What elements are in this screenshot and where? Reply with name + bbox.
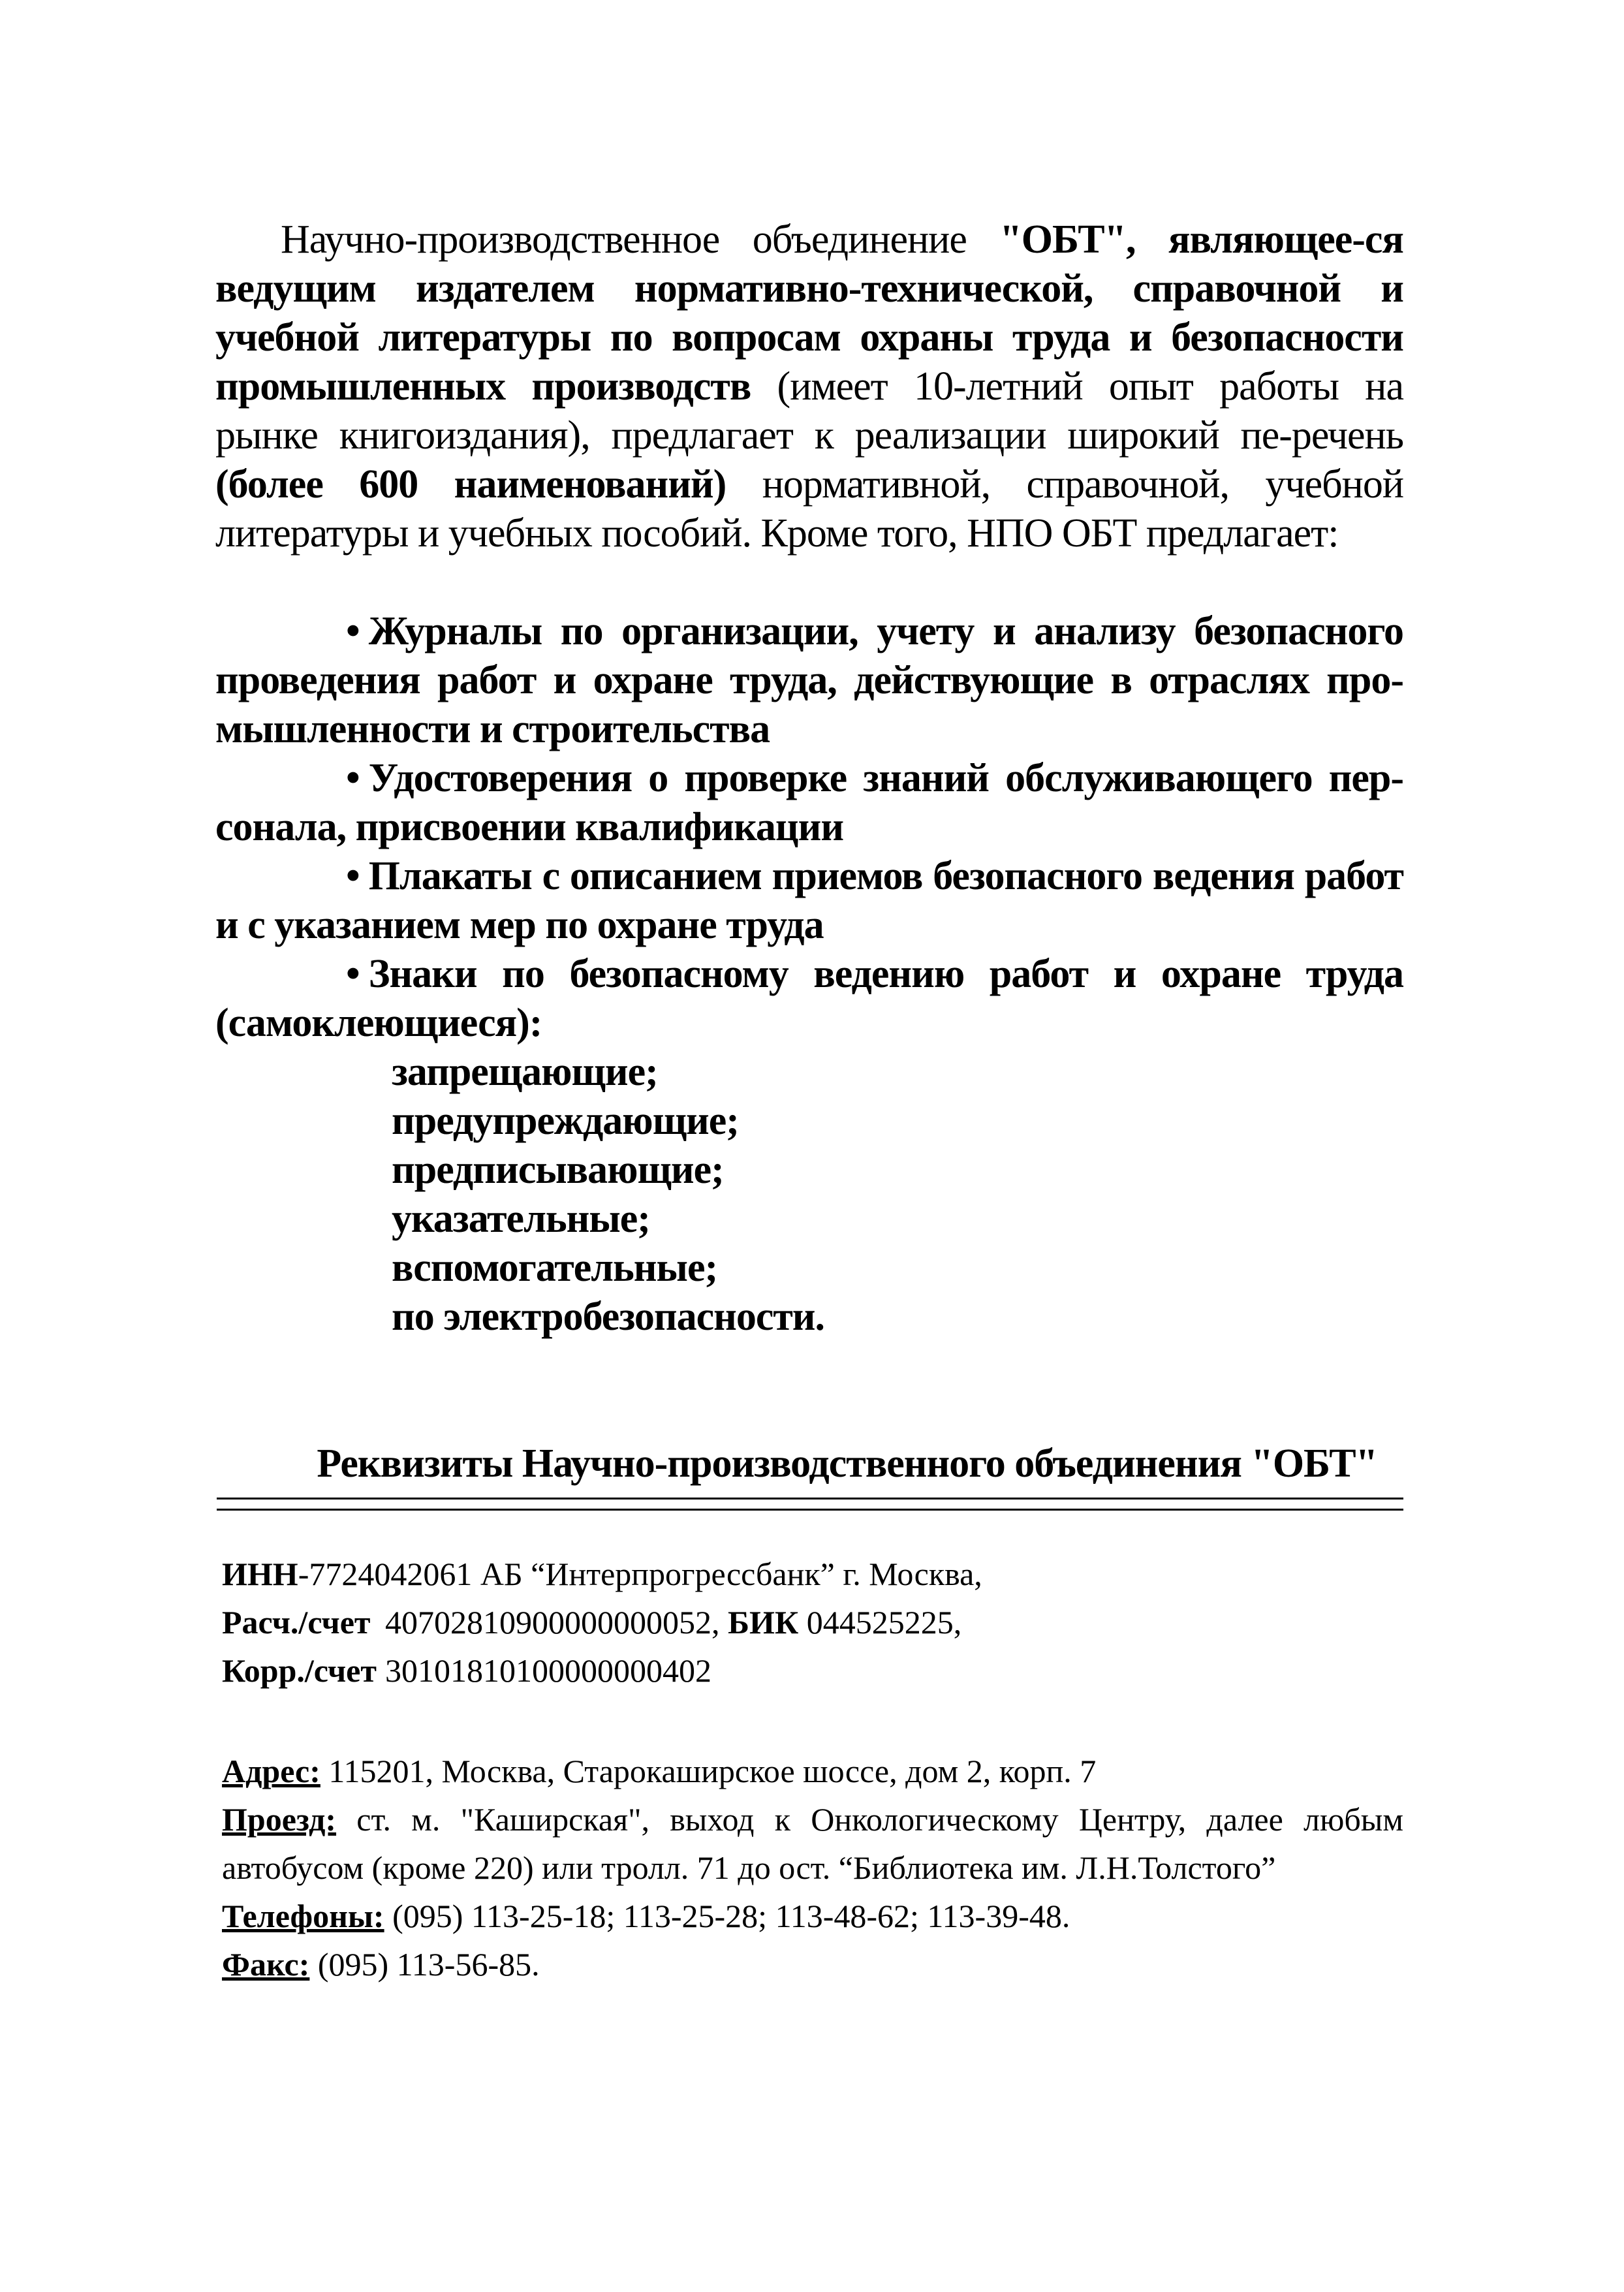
- fax-row: Факс: (095) 113-56-85.: [222, 1940, 1403, 1988]
- offers-list: •Журналы по организации, учету и анализу…: [215, 607, 1403, 1342]
- account-value: 40702810900000000052,: [385, 1604, 728, 1641]
- address-label: Адрес:: [222, 1753, 320, 1789]
- fax-label: Факс:: [222, 1946, 309, 1983]
- bullet-icon: •: [281, 852, 360, 901]
- inn-label: ИНН: [222, 1556, 298, 1592]
- offer-item-text: Знаки по безопасному ведению работ и охр…: [215, 952, 1403, 1045]
- corr-account-row: Корр./счет30101810100000000402: [222, 1646, 1403, 1695]
- account-label: Расч./счет: [222, 1598, 385, 1646]
- bullet-icon: •: [281, 607, 360, 656]
- bik-label: БИК: [728, 1604, 798, 1641]
- phones-label: Телефоны:: [222, 1898, 384, 1934]
- sign-type-item: вспомогательные;: [392, 1244, 1403, 1293]
- corr-account-label: Корр./счет: [222, 1646, 385, 1695]
- sign-types-list: запрещающие; предупреждающие; предписыва…: [215, 1048, 1403, 1342]
- double-divider: [217, 1498, 1403, 1511]
- inn-value: -7724042061 АБ “Интерпрогрессбанк” г. Мо…: [298, 1556, 982, 1592]
- sign-type-item: по электробезопасности.: [392, 1293, 1403, 1342]
- offer-item-text: Плакаты с описанием приемов безопасного …: [215, 854, 1403, 947]
- phones-value: (095) 113-25-18; 113-25-28; 113-48-62; 1…: [384, 1898, 1070, 1934]
- intro-paragraph: Научно-производственное объединение "ОБТ…: [215, 215, 1403, 558]
- intro-text-bold-2: (более 600 наименований): [215, 462, 726, 507]
- inn-row: ИНН-7724042061 АБ “Интерпрогрессбанк” г.…: [222, 1550, 1403, 1598]
- bank-details: ИНН-7724042061 АБ “Интерпрогрессбанк” г.…: [215, 1550, 1403, 1695]
- offer-item-journals: •Журналы по организации, учету и анализу…: [215, 607, 1403, 754]
- directions-value: ст. м. "Каширская", выход к Онкологическ…: [222, 1801, 1403, 1886]
- document-page: Научно-производственное объединение "ОБТ…: [215, 215, 1403, 1988]
- sign-type-item: предупреждающие;: [392, 1097, 1403, 1146]
- contact-details: Адрес: 115201, Москва, Старокаширское шо…: [215, 1747, 1403, 1988]
- intro-text-1: Научно-производственное объединение: [281, 217, 999, 262]
- sign-type-item: предписывающие;: [392, 1146, 1403, 1195]
- address-row: Адрес: 115201, Москва, Старокаширское шо…: [222, 1747, 1403, 1795]
- account-row: Расч./счет40702810900000000052, БИК 0445…: [222, 1598, 1403, 1646]
- directions-row: Проезд: ст. м. "Каширская", выход к Онко…: [222, 1795, 1403, 1892]
- corr-account-value: 30101810100000000402: [385, 1652, 711, 1689]
- bullet-icon: •: [281, 950, 360, 999]
- requisites-title: Реквизиты Научно-производственного объед…: [215, 1439, 1403, 1488]
- address-value: 115201, Москва, Старокаширское шоссе, до…: [320, 1753, 1096, 1789]
- directions-label: Проезд:: [222, 1801, 336, 1838]
- bullet-icon: •: [281, 754, 360, 803]
- bik-value: 044525225,: [798, 1604, 961, 1641]
- offer-item-text: Удостоверения о проверке знаний обслужив…: [215, 756, 1403, 849]
- sign-type-item: запрещающие;: [392, 1048, 1403, 1097]
- offer-item-certificates: •Удостоверения о проверке знаний обслужи…: [215, 754, 1403, 852]
- fax-value: (095) 113-56-85.: [309, 1946, 539, 1983]
- offer-item-posters: •Плакаты с описанием приемов безопасного…: [215, 852, 1403, 950]
- offer-item-text: Журналы по организации, учету и анализу …: [215, 609, 1403, 751]
- phones-row: Телефоны: (095) 113-25-18; 113-25-28; 11…: [222, 1892, 1403, 1940]
- sign-type-item: указательные;: [392, 1195, 1403, 1244]
- offer-item-signs: •Знаки по безопасному ведению работ и ох…: [215, 950, 1403, 1048]
